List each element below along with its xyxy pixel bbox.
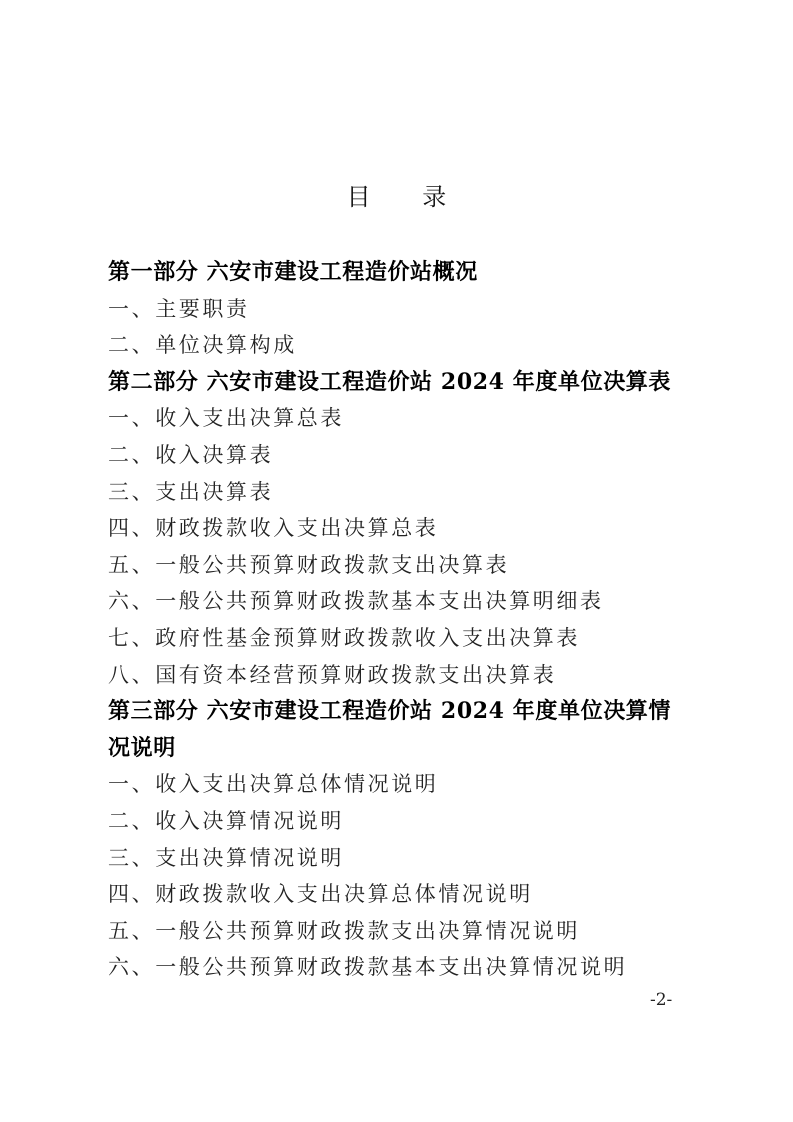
toc-item[interactable]: 二、收入决算情况说明	[108, 803, 708, 840]
toc-part-1-heading[interactable]: 第一部分 六安市建设工程造价站概况	[108, 254, 708, 291]
table-of-contents: 第一部分 六安市建设工程造价站概况 一、主要职责 二、单位决算构成 第二部分 六…	[108, 254, 708, 986]
toc-part-3-heading-continued[interactable]: 况说明	[108, 730, 708, 767]
toc-item[interactable]: 五、一般公共预算财政拨款支出决算情况说明	[108, 913, 708, 950]
toc-item[interactable]: 七、政府性基金预算财政拨款收入支出决算表	[108, 620, 708, 657]
toc-item[interactable]: 一、收入支出决算总体情况说明	[108, 766, 708, 803]
toc-item[interactable]: 四、财政拨款收入支出决算总表	[108, 510, 708, 547]
toc-item[interactable]: 五、一般公共预算财政拨款支出决算表	[108, 547, 708, 584]
toc-item[interactable]: 二、单位决算构成	[108, 327, 708, 364]
page-title: 目 录	[0, 180, 793, 214]
toc-item[interactable]: 二、收入决算表	[108, 437, 708, 474]
toc-item[interactable]: 三、支出决算表	[108, 474, 708, 511]
toc-item[interactable]: 四、财政拨款收入支出决算总体情况说明	[108, 876, 708, 913]
toc-part-2-heading[interactable]: 第二部分 六安市建设工程造价站 2024 年度单位决算表	[108, 364, 708, 401]
toc-item[interactable]: 三、支出决算情况说明	[108, 840, 708, 877]
toc-item[interactable]: 六、一般公共预算财政拨款基本支出决算明细表	[108, 583, 708, 620]
toc-part-3-heading[interactable]: 第三部分 六安市建设工程造价站 2024 年度单位决算情	[108, 693, 708, 730]
page-number: -2-	[650, 990, 672, 1010]
toc-item[interactable]: 一、主要职责	[108, 291, 708, 328]
toc-item[interactable]: 六、一般公共预算财政拨款基本支出决算情况说明	[108, 949, 708, 986]
toc-item[interactable]: 一、收入支出决算总表	[108, 400, 708, 437]
toc-item[interactable]: 八、国有资本经营预算财政拨款支出决算表	[108, 657, 708, 694]
